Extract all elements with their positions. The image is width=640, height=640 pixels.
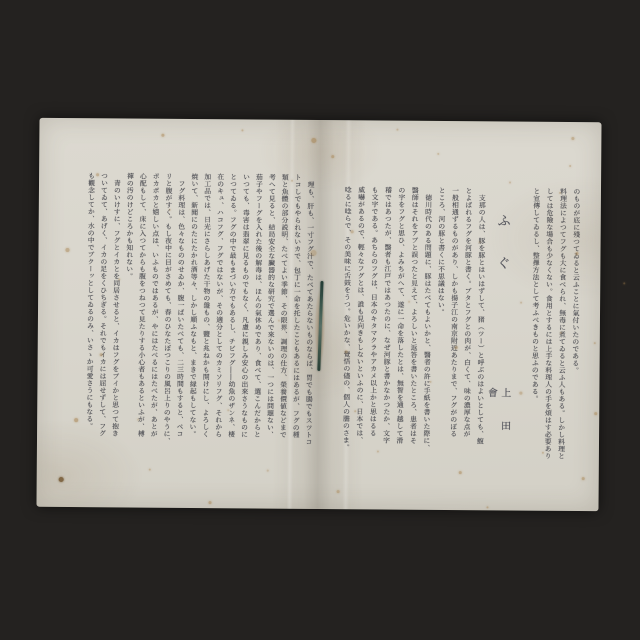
text-column: 一般相通ずるものがあり、しかも揚子江の南京附近あたりまで、フグがのぼる bbox=[445, 187, 461, 479]
text-column: 考へて見ると、結局安全な臟器的な研究で選んで來ないのは、一つには問題ない、 bbox=[262, 174, 277, 474]
page-right: のものが底に殘つてゐると云ふことに氣付いたのである。料理法によつてフグも大に食べ… bbox=[317, 120, 601, 511]
text-column: の字をフグと思ひ、よみちがへて、遂に一命を落したとは、無智を通り越して滑 bbox=[391, 187, 407, 479]
text-column: 心配もして、床に入つてからも腹をつねつて見たりする小心者もあるといふが、榑 bbox=[133, 173, 148, 473]
foxing-spot bbox=[623, 282, 625, 284]
booklet-spread: 理も、肝も、一寸フグ汁で、たべてあたらないものならば、胃でも腸でもスツトコトコし… bbox=[36, 118, 601, 511]
text-column: フグ料理は、色々なもののせゐか、腹一ぱいたべても、二三時間もすると、ペコ bbox=[172, 173, 187, 473]
text-column: 加工品では、日光にさらしあげた干物の盤もの、鹽と兆ねかも開けにし、よろしく bbox=[198, 173, 213, 473]
text-column: 唸るに唸らで、その美味に舌鼓をうつ。危いかな、覺悟の儘の、個人の膽のさま。 bbox=[338, 186, 354, 478]
text-column: 青のいけすに、フグとイカとを同居させると、イカはフグをブイかと思つて抱き bbox=[107, 172, 122, 472]
text-column: 德川時代のある問題に、豚はたべてもよいかと、醫者の許に手紙を書いた際に、 bbox=[418, 187, 434, 479]
text-column: とつてゐる。フグの中で最もまづい方でもあるし、チビフグ――幼魚のザンネ、棲 bbox=[223, 173, 238, 473]
text-column: 理も、肝も、一寸フグ汁で、たべてあたらないものならば、胃でも腸でもスツトコ bbox=[301, 174, 316, 474]
text-column: も觀念してか、水の中でブクーッとしてゐるのみ、いさゝか可愛さうにもなる。 bbox=[81, 172, 96, 472]
photo-background: 理も、肝も、一寸フグ汁で、たべてあたらないものならば、胃でも腸でもスツトコトコし… bbox=[0, 0, 640, 640]
author-name: 上田會 bbox=[483, 387, 511, 479]
text-column: 在のキュ、ハコフグ、フグではないが、その適分としてのカミソリフグ、それから bbox=[211, 173, 226, 473]
text-column: 焼いて、新聞にのたにたかれ酒等々、しかし順ふなもと、まきで縁起もしてない。 bbox=[185, 173, 200, 473]
text-column: 稽ではあつたが、醫者も江戸ではあつたのに、なぜ河豚と書かなかつたか、文字 bbox=[378, 186, 394, 478]
text-column: しては危險な場合も少なくない。食用とするには上手な料理人の手を煩はす必要あり bbox=[539, 188, 555, 480]
text-column: 類と魚體の部分説明、たべてよい季節、その限界、調理の仕方、榮養價値などまで bbox=[275, 174, 290, 474]
title-author-column: ふぐ 上田會 bbox=[490, 187, 528, 479]
text-column: トコしでもやられないカで、包丁に一命を托したこともあるにはあるが、フグの種 bbox=[288, 174, 303, 474]
text-column: も文字である。あちらのフグは、日本のキタマクラやアカメ以上かと思はるる bbox=[364, 186, 380, 478]
text-column: ついてゐて、あげく、イカの足をくひちぎる。それでもイカには屈せずして、フグ bbox=[94, 172, 109, 472]
right-page-text: のものが底に殘つてゐると云ふことに氣付いたのである。料理法によつてフグも大に食べ… bbox=[338, 186, 582, 480]
text-column: とよばれるフグを河豚と書く。ブタとフグとの肉が、白くて、味の濃厚な点が bbox=[458, 187, 474, 479]
text-column: リと腹がすく。もし夜中に目がさめても、春のひなたぼつこりの風呂上りのやうに、 bbox=[159, 173, 174, 473]
page-left: 理も、肝も、一寸フグ汁で、たべてあたらないものならば、胃でも腸でもスツトコトコし… bbox=[36, 118, 320, 509]
text-column: のものが底に殘つてゐると云ふことに氣付いたのである。 bbox=[566, 188, 582, 480]
text-column: 威嚇があるので、輕々なフグとは、誰も見向きもしないといふのに、日本では、 bbox=[351, 186, 367, 478]
left-page-text: 理も、肝も、一寸フグ汁で、たべてあたらないものならば、胃でも腸でもスツトコトコし… bbox=[81, 172, 316, 474]
text-column: ポカポカと嬉しい点は、いふものではあるが、やにはたべるにはたべたが、あとが bbox=[146, 173, 161, 473]
article-title: ふぐ bbox=[494, 213, 508, 298]
text-column: 醫師はそれをアブと誤つたと見えて、よろしいと返答を書いたところ、患者はそ bbox=[405, 187, 421, 479]
text-column: 料理法によつてフグも大に食べられ、無毒に煮てゐると云ふ人もある。しかし料理と bbox=[553, 188, 569, 480]
